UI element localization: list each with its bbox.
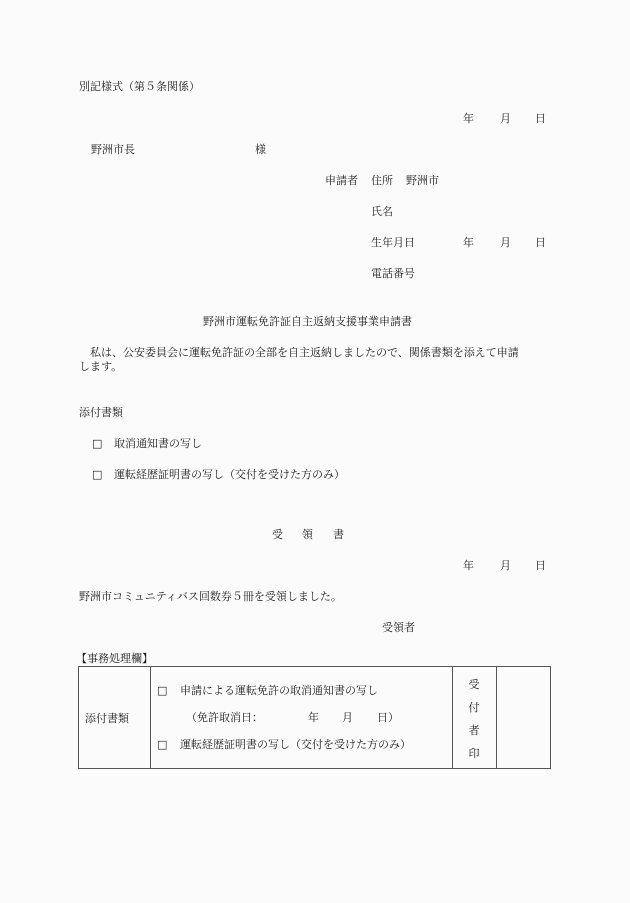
table-divider — [150, 667, 151, 768]
attachment-checkbox-2[interactable]: □ — [92, 468, 102, 481]
office-checkbox-2[interactable]: □ — [157, 738, 167, 751]
name-label: 氏名 — [371, 205, 393, 218]
office-item-2: 運転経歴証明書の写し（交付を受けた方のみ） — [180, 738, 411, 751]
body-line-1: 私は、公安委員会に運転免許証の全部を自主返納しましたので、関係書類を添えて申請 — [79, 346, 519, 359]
stamp-char: 印 — [452, 742, 496, 765]
stamp-char: 者 — [452, 719, 496, 742]
date-year: 年 — [463, 112, 474, 125]
receipt-title-char: 書 — [333, 528, 344, 541]
phone-label: 電話番号 — [371, 267, 415, 280]
revocation-month: 月 — [342, 711, 353, 724]
attachments-heading: 添付書類 — [79, 406, 123, 419]
stamp-char: 付 — [452, 696, 496, 719]
receipt-title-char: 領 — [302, 528, 313, 541]
receiver-label: 受領者 — [382, 621, 415, 634]
form-label: 別記様式（第５条関係） — [79, 80, 200, 93]
revocation-year: 年 — [308, 711, 319, 724]
date-month: 月 — [500, 112, 511, 125]
office-checkbox-1[interactable]: □ — [157, 684, 167, 697]
body-line-2: します。 — [79, 360, 122, 373]
addressee: 野洲市長 — [91, 143, 135, 156]
birth-month: 月 — [500, 236, 511, 249]
stamp-char: 受 — [452, 673, 496, 696]
receipt-date-year: 年 — [463, 559, 474, 572]
revocation-date-prefix: （免許取消日： — [186, 711, 263, 724]
address-label: 住所 — [371, 174, 393, 187]
birth-label: 生年月日 — [371, 236, 415, 249]
office-item-1: 申請による運転免許の取消通知書の写し — [180, 684, 378, 697]
office-heading: 【事務処理欄】 — [76, 652, 153, 665]
office-row-label: 添付書類 — [85, 712, 129, 725]
applicant-label: 申請者 — [325, 174, 358, 187]
date-day: 日 — [535, 112, 546, 125]
birth-day: 日 — [535, 236, 546, 249]
receiver-stamp-label: 受 付 者 印 — [452, 673, 496, 776]
document-title: 野洲市運転免許証自主返納支援事業申請書 — [203, 315, 412, 328]
attachment-label-1: 取消通知書の写し — [114, 437, 202, 450]
attachment-checkbox-1[interactable]: □ — [92, 437, 102, 450]
stamp-box[interactable] — [497, 667, 550, 768]
receipt-statement: 野洲市コミュニティバス回数券５冊を受領しました。 — [79, 590, 342, 603]
receipt-date-day: 日 — [535, 559, 546, 572]
receipt-date-month: 月 — [500, 559, 511, 572]
revocation-day: 日） — [377, 711, 399, 724]
address-value: 野洲市 — [406, 174, 439, 187]
attachment-label-2: 運転経歴証明書の写し（交付を受けた方のみ） — [114, 468, 345, 481]
birth-year: 年 — [463, 236, 474, 249]
addressee-suffix: 様 — [255, 143, 266, 156]
receipt-title-char: 受 — [272, 528, 283, 541]
